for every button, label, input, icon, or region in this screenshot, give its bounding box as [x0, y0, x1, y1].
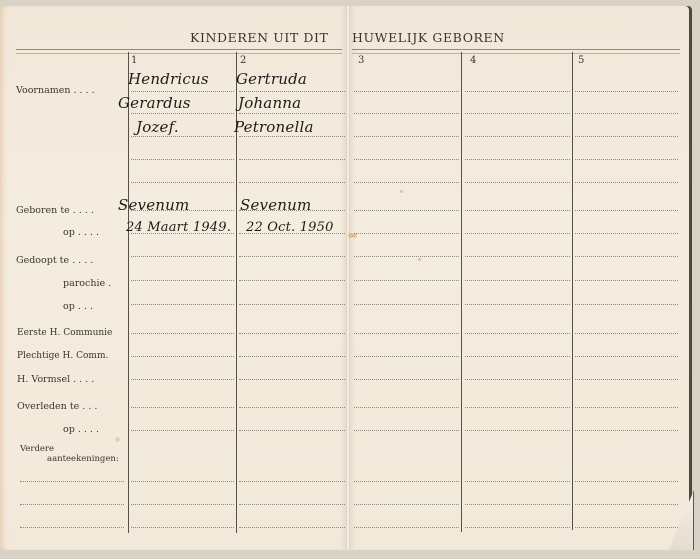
dotted-rule [131, 182, 234, 183]
dotted-rule [354, 136, 459, 137]
right-page [348, 6, 692, 550]
dotted-rule [354, 504, 459, 505]
dotted-rule [575, 256, 678, 257]
dotted-rule [465, 333, 570, 334]
label-eerste-communie: Eerste H. Communie [17, 328, 112, 338]
dotted-rule [575, 333, 678, 334]
dotted-rule [465, 280, 570, 281]
header-rule-right [352, 49, 680, 54]
dotted-rule [354, 356, 459, 357]
dotted-rule [354, 91, 459, 92]
label-aanteekeningen: aanteekeningen: [47, 454, 119, 464]
header-rule-left [16, 49, 342, 54]
stain [400, 190, 403, 193]
child-2-first-name-1: Gertruda [236, 70, 307, 88]
dotted-rule [131, 91, 234, 92]
child-1-first-name-1: Hendricus [128, 70, 209, 88]
dotted-rule [131, 481, 234, 482]
stain [115, 437, 120, 442]
dotted-rule [131, 113, 234, 114]
dotted-rule [354, 304, 459, 305]
dotted-rule [131, 379, 234, 380]
dotted-rule [20, 504, 124, 505]
child-1-birthdate: 24 Maart 1949. [126, 220, 231, 235]
dotted-rule [465, 527, 570, 528]
dotted-rule [354, 233, 459, 234]
dotted-rule [131, 280, 234, 281]
dotted-rule [575, 379, 678, 380]
dotted-rule [354, 113, 459, 114]
column-number-1: 1 [131, 55, 137, 66]
column-divider [572, 52, 573, 530]
label-geboren-te: Geboren te . . . . [16, 205, 94, 216]
dotted-rule [465, 136, 570, 137]
dotted-rule [239, 159, 345, 160]
dotted-rule [575, 182, 678, 183]
child-1-first-name-2: Gerardus [118, 94, 191, 112]
dotted-rule [465, 356, 570, 357]
dotted-rule [575, 481, 678, 482]
label-vormsel: H. Vormsel . . . . [17, 374, 94, 385]
dotted-rule [465, 159, 570, 160]
dotted-rule [20, 527, 124, 528]
dotted-rule [131, 407, 234, 408]
column-number-2: 2 [240, 55, 246, 66]
dotted-rule [575, 356, 678, 357]
dotted-rule [239, 136, 345, 137]
dotted-rule [239, 356, 345, 357]
dotted-rule [354, 527, 459, 528]
label-gedoopt-op: op . . . [63, 301, 93, 312]
birth-register-booklet: KINDEREN UIT DIT HUWELIJK GEBOREN 1 2 3 … [0, 0, 700, 559]
dotted-rule [465, 504, 570, 505]
dotted-rule [354, 210, 459, 211]
column-number-4: 4 [470, 55, 476, 66]
dotted-rule [575, 304, 678, 305]
dotted-rule [354, 407, 459, 408]
dotted-rule [239, 304, 345, 305]
dotted-rule [239, 91, 345, 92]
dotted-rule [465, 210, 570, 211]
dotted-rule [575, 113, 678, 114]
stain [418, 258, 421, 261]
label-voornamen: Voornamen . . . . [16, 85, 95, 96]
dotted-rule [131, 430, 234, 431]
dotted-rule [354, 280, 459, 281]
child-2-first-name-2: Johanna [238, 94, 301, 112]
dotted-rule [131, 333, 234, 334]
dotted-rule [131, 356, 234, 357]
dotted-rule [354, 182, 459, 183]
dotted-rule [575, 430, 678, 431]
label-plechtige-comm: Plechtige H. Comm. [17, 351, 108, 361]
dotted-rule [239, 504, 345, 505]
dotted-rule [465, 91, 570, 92]
dotted-rule [465, 182, 570, 183]
dotted-rule [239, 481, 345, 482]
dotted-rule [465, 113, 570, 114]
dotted-rule [131, 504, 234, 505]
dotted-rule [575, 527, 678, 528]
dotted-rule [354, 256, 459, 257]
label-overleden-te: Overleden te . . . [17, 401, 97, 412]
booklet-spine [346, 6, 350, 550]
column-divider [128, 52, 129, 533]
dotted-rule [20, 481, 124, 482]
dotted-rule [354, 430, 459, 431]
dotted-rule [465, 233, 570, 234]
dotted-rule [239, 379, 345, 380]
dotted-rule [354, 159, 459, 160]
column-divider [461, 52, 462, 532]
dotted-rule [465, 430, 570, 431]
dotted-rule [465, 379, 570, 380]
dotted-rule [575, 504, 678, 505]
child-2-first-name-3: Petronella [234, 118, 314, 136]
dotted-rule [465, 256, 570, 257]
label-parochie: parochie . [63, 278, 111, 289]
page-title-right: HUWELIJK GEBOREN [352, 30, 505, 45]
child-1-birthplace: Sevenum [118, 196, 189, 214]
dotted-rule [239, 333, 345, 334]
dotted-rule [239, 113, 345, 114]
dotted-rule [575, 210, 678, 211]
dotted-rule [575, 280, 678, 281]
column-number-5: 5 [578, 55, 584, 66]
dotted-rule [465, 481, 570, 482]
child-2-birthdate: 22 Oct. 1950 [246, 220, 334, 235]
dotted-rule [575, 407, 678, 408]
dotted-rule [131, 159, 234, 160]
dotted-rule [575, 233, 678, 234]
dotted-rule [465, 407, 570, 408]
dotted-rule [575, 91, 678, 92]
dotted-rule [131, 527, 234, 528]
dotted-rule [354, 333, 459, 334]
dotted-rule [131, 256, 234, 257]
page-title-left: KINDEREN UIT DIT [190, 30, 329, 45]
label-overleden-op: op . . . . [63, 424, 99, 435]
dotted-rule [465, 304, 570, 305]
dotted-rule [239, 527, 345, 528]
dotted-rule [239, 182, 345, 183]
dotted-rule [239, 256, 345, 257]
dotted-rule [239, 280, 345, 281]
child-1-first-name-3: Jozef. [136, 118, 179, 136]
dotted-rule [354, 481, 459, 482]
label-gedoopt-te: Gedoopt te . . . . [16, 255, 93, 266]
column-number-3: 3 [358, 55, 364, 66]
dotted-rule [239, 407, 345, 408]
dotted-rule [575, 136, 678, 137]
dotted-rule [354, 379, 459, 380]
label-geboren-op: op . . . . [63, 227, 99, 238]
dotted-rule [239, 430, 345, 431]
label-verdere: Verdere [20, 444, 54, 454]
dotted-rule [131, 136, 234, 137]
dotted-rule [131, 304, 234, 305]
child-2-birthplace: Sevenum [240, 196, 311, 214]
dotted-rule [575, 159, 678, 160]
